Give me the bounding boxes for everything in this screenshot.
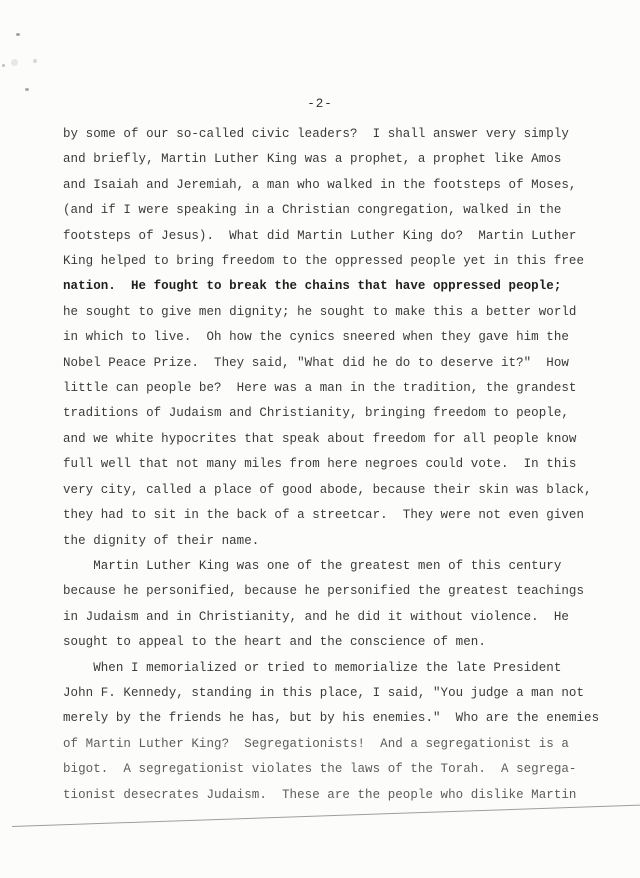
scan-speck bbox=[33, 59, 37, 63]
text-line: because he personified, because he perso… bbox=[63, 579, 608, 604]
text-line: When I memorialized or tried to memorial… bbox=[63, 656, 608, 681]
scan-speck bbox=[25, 88, 29, 91]
text-line: in which to live. Oh how the cynics snee… bbox=[63, 325, 608, 350]
text-line: they had to sit in the back of a streetc… bbox=[63, 503, 608, 528]
text-line: by some of our so-called civic leaders? … bbox=[63, 122, 608, 147]
text-line: nation. He fought to break the chains th… bbox=[63, 274, 608, 299]
document-page: -2- by some of our so-called civic leade… bbox=[0, 0, 640, 878]
text-line: little can people be? Here was a man in … bbox=[63, 376, 608, 401]
text-line: (and if I were speaking in a Christian c… bbox=[63, 198, 608, 223]
text-line: he sought to give men dignity; he sought… bbox=[63, 300, 608, 325]
page-number: -2- bbox=[0, 97, 640, 112]
text-line: King helped to bring freedom to the oppr… bbox=[63, 249, 608, 274]
text-line: in Judaism and in Christianity, and he d… bbox=[63, 605, 608, 630]
scan-speck bbox=[2, 64, 5, 67]
text-line: tionist desecrates Judaism. These are th… bbox=[63, 783, 608, 808]
text-line: footsteps of Jesus). What did Martin Lut… bbox=[63, 224, 608, 249]
text-line: full well that not many miles from here … bbox=[63, 452, 608, 477]
text-line: bigot. A segregationist violates the law… bbox=[63, 757, 608, 782]
text-line: very city, called a place of good abode,… bbox=[63, 478, 608, 503]
scan-speck bbox=[16, 33, 20, 36]
text-line: and briefly, Martin Luther King was a pr… bbox=[63, 147, 608, 172]
text-line: Martin Luther King was one of the greate… bbox=[63, 554, 608, 579]
text-line: merely by the friends he has, but by his… bbox=[63, 706, 608, 731]
text-line: the dignity of their name. bbox=[63, 529, 608, 554]
text-line: John F. Kennedy, standing in this place,… bbox=[63, 681, 608, 706]
scan-speck bbox=[11, 59, 18, 66]
text-line: and we white hypocrites that speak about… bbox=[63, 427, 608, 452]
text-line: sought to appeal to the heart and the co… bbox=[63, 630, 608, 655]
text-line: of Martin Luther King? Segregationists! … bbox=[63, 732, 608, 757]
document-body: by some of our so-called civic leaders? … bbox=[63, 122, 608, 808]
text-line: and Isaiah and Jeremiah, a man who walke… bbox=[63, 173, 608, 198]
text-line: traditions of Judaism and Christianity, … bbox=[63, 401, 608, 426]
text-line: Nobel Peace Prize. They said, "What did … bbox=[63, 351, 608, 376]
